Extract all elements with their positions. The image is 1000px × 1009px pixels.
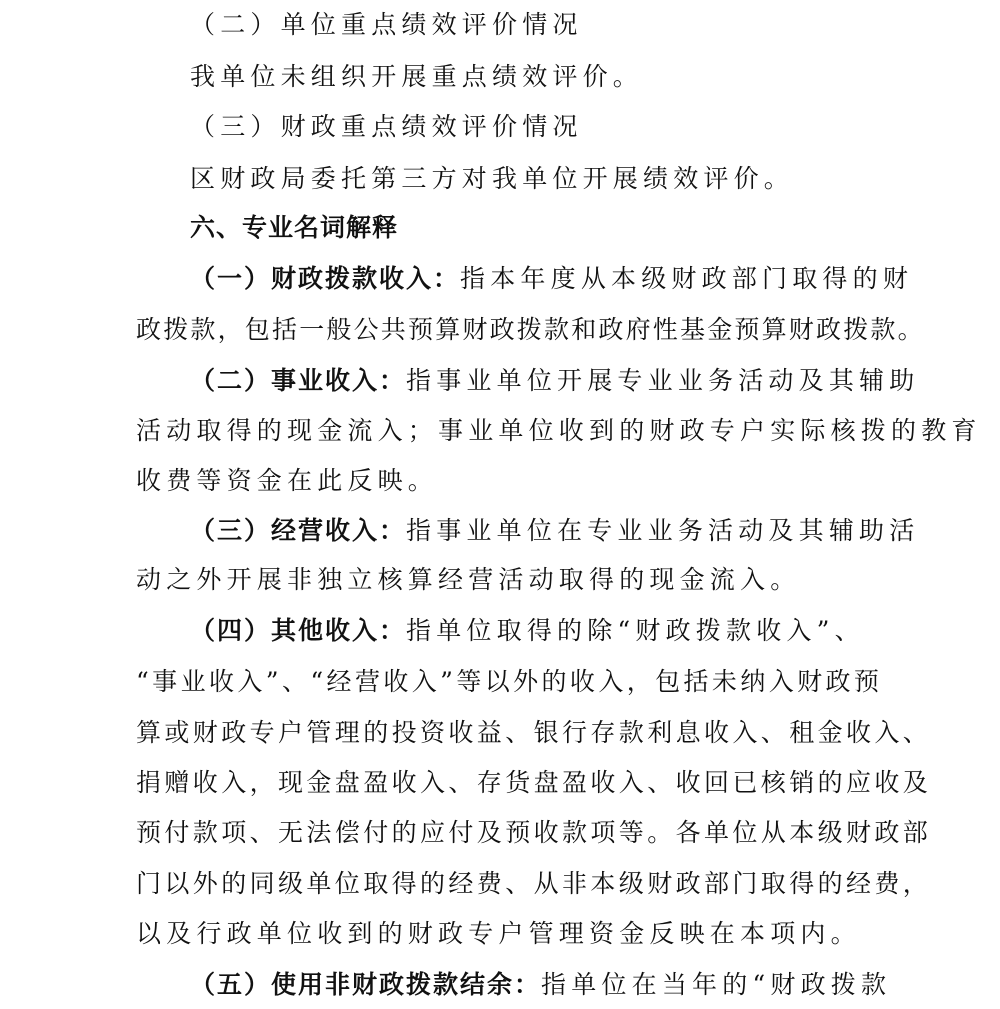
term-paragraph: （三）经营收入：指事业单位在专业业务活动及其辅助活 [190,506,896,556]
term-text-line: 预付款项、无法偿付的应付及预收款项等。各单位从本级财政部 [136,808,896,858]
term-text-line: 收费等资金在此反映。 [136,456,896,506]
term-label: （五）使用非财政拨款结余： [190,970,541,999]
term-text-line: 捐赠收入，现金盘盈收入、存货盘盈收入、收回已核销的应收及 [136,758,896,808]
subsection-heading-finance-evaluation: （三）财政重点绩效评价情况 [190,102,896,152]
term-text: 指事业单位开展专业业务活动及其辅助 [406,366,919,395]
term-text-line: 活动取得的现金流入；事业单位收到的财政专户实际核拨的教育 [136,406,896,456]
term-paragraph: （四）其他收入：指单位取得的除“财政拨款收入”、 [190,606,896,656]
term-paragraph: （一）财政拨款收入：指本年度从本级财政部门取得的财 [190,254,896,304]
term-paragraph: （二）事业收入：指事业单位开展专业业务活动及其辅助 [190,356,896,406]
term-label: （二）事业收入： [190,366,406,395]
term-paragraph: （五）使用非财政拨款结余：指单位在当年的“财政拨款 [190,960,896,1009]
term-text: 指单位取得的除“财政拨款收入”、 [406,616,865,645]
term-text-line: 算或财政专户管理的投资收益、银行存款利息收入、租金收入、 [136,708,896,758]
term-text-line: “事业收入”、“经营收入”等以外的收入，包括未纳入财政预 [136,657,896,707]
paragraph: 区财政局委托第三方对我单位开展绩效评价。 [190,154,896,204]
term-label: （四）其他收入： [190,616,406,645]
term-text-line: 动之外开展非独立核算经营活动取得的现金流入。 [136,555,896,605]
section-heading-terms: 六、专业名词解释 [190,203,896,253]
term-label: （一）财政拨款收入： [190,264,460,293]
term-text-line: 政拨款，包括一般公共预算财政拨款和政府性基金预算财政拨款。 [136,305,896,355]
term-text: 指事业单位在专业业务活动及其辅助活 [406,516,919,545]
term-text-line: 门以外的同级单位取得的经费、从非本级财政部门取得的经费， [136,859,896,909]
term-text: 指本年度从本级财政部门取得的财 [460,264,913,293]
term-text-line: 以及行政单位收到的财政专户管理资金反映在本项内。 [136,909,896,959]
term-text: 指单位在当年的“财政拨款 [541,970,891,999]
term-label: （三）经营收入： [190,516,406,545]
subsection-heading-unit-evaluation: （二）单位重点绩效评价情况 [190,0,896,50]
paragraph: 我单位未组织开展重点绩效评价。 [190,52,896,102]
